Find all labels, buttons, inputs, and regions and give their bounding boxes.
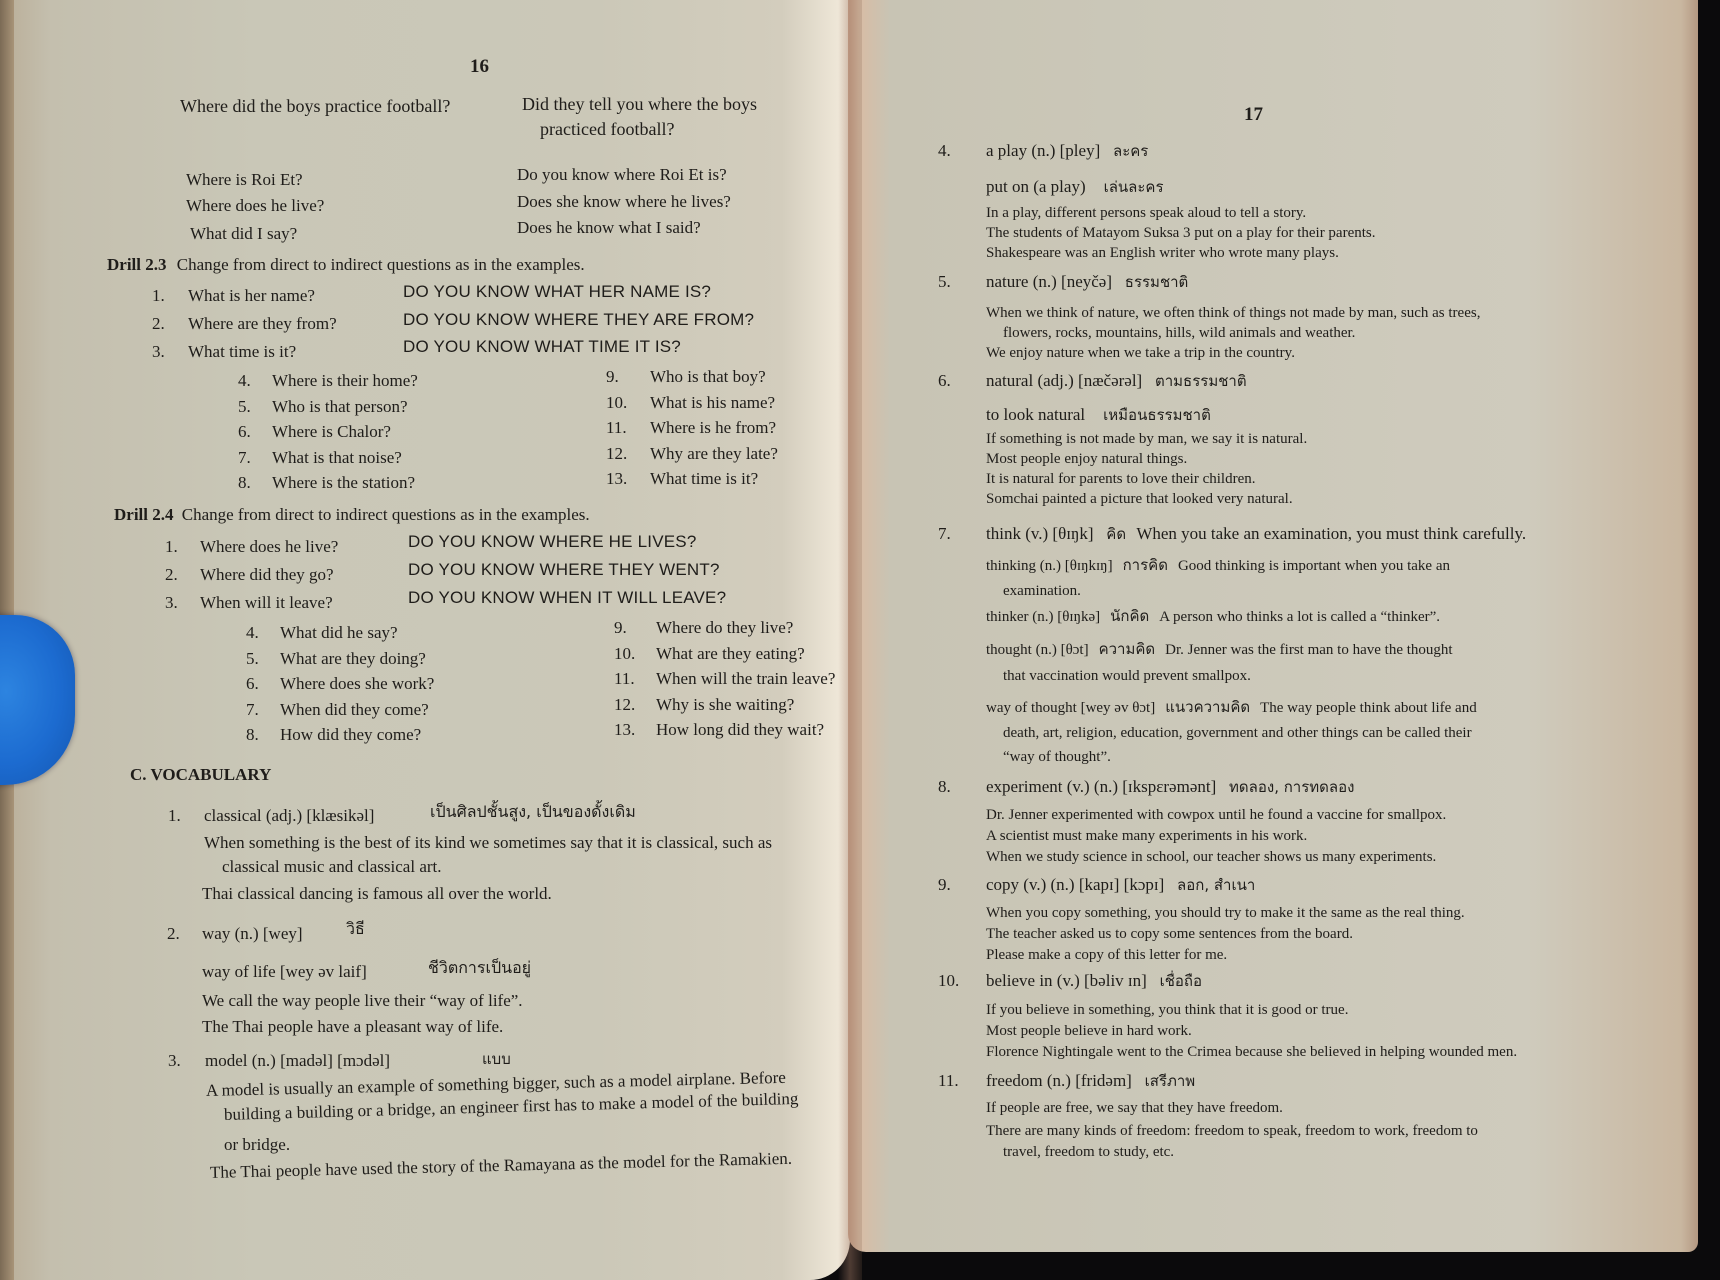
vocab-line: classical music and classical art. (222, 858, 442, 875)
vocab-thai: ตามธรรมชาติ (1150, 372, 1246, 390)
vocab-line: We call the way people live their “way o… (202, 992, 523, 1009)
drill-item-number: 10. (614, 645, 635, 662)
vocab-number: 1. (168, 807, 181, 824)
drill-item-number: 12. (606, 445, 627, 462)
vocab-number: 10. (938, 972, 959, 989)
vocab-thai: ลอก, สำเนา (1172, 876, 1255, 894)
drill-item: What is that noise? (272, 449, 402, 466)
blue-cloth (0, 615, 75, 785)
vocab-example: Dr. Jenner was the first man to have the… (1165, 642, 1452, 658)
vocab-number: 2. (167, 925, 180, 942)
example-indirect: DO YOU KNOW WHAT TIME IT IS? (403, 338, 681, 355)
vocab-thai: ละคร (1108, 142, 1148, 160)
drill-item-number: 9. (606, 368, 619, 385)
example-number: 2. (152, 315, 165, 332)
vocab-thai: เหมือนธรรมชาติ (1103, 406, 1211, 424)
vocab-thai: ทดลอง, การทดลอง (1224, 778, 1354, 796)
drill-item: Why are they late? (650, 445, 778, 462)
vocab-headword: experiment (v.) (n.) [ɪkspɛrəmənt] ทดลอง… (986, 778, 1354, 795)
page-number-left: 16 (470, 56, 489, 78)
drill-label: Drill 2.4 (114, 505, 174, 524)
vocab-number: 7. (938, 525, 951, 542)
intro-direct: Where did the boys practice football? (180, 97, 450, 115)
intro-indirect: Does she know where he lives? (517, 193, 731, 210)
example-direct: What is her name? (188, 287, 315, 304)
intro-indirect-cont: practiced football? (540, 120, 674, 138)
example-direct: Where does he live? (200, 538, 338, 555)
vocab-derived: thinking (n.) [θɪŋkɪŋ]การคิดGood thinkin… (986, 558, 1450, 574)
drill-item: What are they doing? (280, 650, 426, 667)
vocab-headword: model (n.) [madəl] [mɔdəl] (205, 1052, 390, 1069)
drill-item: Where does she work? (280, 675, 434, 692)
drill-item-number: 11. (606, 419, 627, 436)
vocab-line: Dr. Jenner experimented with cowpox unti… (986, 808, 1446, 823)
vocab-line: The teacher asked us to copy some senten… (986, 927, 1353, 942)
vocab-line: Thai classical dancing is famous all ove… (202, 885, 552, 902)
drill-item: How long did they wait? (656, 721, 824, 738)
drill-item: What did he say? (280, 624, 398, 641)
vocab-line: In a play, different persons speak aloud… (986, 206, 1306, 221)
vocab-headword: believe in (v.) [bəliv ɪn] เชื่อถือ (986, 972, 1202, 989)
vocab-derived: thought (n.) [θɔt]ความคิดDr. Jenner was … (986, 642, 1453, 658)
drill-item: Why is she waiting? (656, 696, 794, 713)
drill-item-number: 6. (246, 675, 259, 692)
example-indirect: DO YOU KNOW WHERE THEY WENT? (408, 561, 720, 578)
vocab-number: 8. (938, 778, 951, 795)
vocab-thai: การคิด (1123, 556, 1168, 574)
right-page: 17 4.a play (n.) [pley] ละครput on (a pl… (848, 0, 1698, 1252)
vocab-line: Florence Nightingale went to the Crimea … (986, 1045, 1517, 1060)
vocab-line: travel, freedom to study, etc. (1003, 1145, 1174, 1160)
drill-2-4-heading: Drill 2.4 Change from direct to indirect… (114, 506, 590, 523)
vocab-line: If you believe in something, you think t… (986, 1003, 1348, 1018)
vocab-number: 5. (938, 273, 951, 290)
vocabulary-heading: C. VOCABULARY (130, 766, 271, 783)
drill-item: Who is that boy? (650, 368, 766, 385)
example-number: 3. (152, 343, 165, 360)
drill-item-number: 12. (614, 696, 635, 713)
vocab-line: The Thai people have used the story of t… (210, 1150, 792, 1181)
drill-item: Where is he from? (650, 419, 776, 436)
vocab-thai: วิธี (346, 921, 365, 937)
drill-instruction: Change from direct to indirect questions… (177, 255, 585, 274)
vocab-line: that vaccination would prevent smallpox. (1003, 669, 1251, 684)
vocab-line: When you copy something, you should try … (986, 906, 1465, 921)
vocab-line: We enjoy nature when we take a trip in t… (986, 346, 1295, 361)
vocab-line: If people are free, we say that they hav… (986, 1101, 1283, 1116)
vocab-line: Please make a copy of this letter for me… (986, 948, 1227, 963)
vocab-line: examination. (1003, 584, 1081, 599)
vocab-thai: เป็นศิลปชั้นสูง, เป็นของดั้งเดิม (430, 804, 636, 820)
drill-item-number: 6. (238, 423, 251, 440)
vocab-thai: เล่นละคร (1104, 178, 1164, 196)
vocab-line: Shakespeare was an English writer who wr… (986, 246, 1339, 261)
vocab-number: 9. (938, 876, 951, 893)
vocab-number: 11. (938, 1072, 959, 1089)
book-gutter (838, 0, 862, 1280)
drill-item: When will the train leave? (656, 670, 835, 687)
example-direct: What time is it? (188, 343, 296, 360)
drill-item-number: 13. (614, 721, 635, 738)
vocab-line: It is natural for parents to love their … (986, 472, 1256, 487)
drill-instruction: Change from direct to indirect questions… (182, 505, 590, 524)
intro-indirect: Does he know what I said? (517, 219, 701, 236)
vocab-thai: แนวความคิด (1165, 698, 1250, 716)
vocab-line: “way of thought”. (1003, 750, 1111, 765)
vocab-thai: ธรรมชาติ (1120, 273, 1188, 291)
vocab-line: There are many kinds of freedom: freedom… (986, 1124, 1478, 1139)
vocab-headword: a play (n.) [pley] ละคร (986, 142, 1148, 159)
vocab-headword: way (n.) [wey] (202, 925, 303, 942)
intro-indirect: Did they tell you where the boys (522, 95, 757, 113)
drill-item: What is his name? (650, 394, 775, 411)
vocab-line: When we study science in school, our tea… (986, 850, 1436, 865)
vocab-sub-headword: put on (a play)เล่นละคร (986, 178, 1164, 195)
vocab-thai: แบบ (482, 1052, 511, 1067)
drill-item-number: 9. (614, 619, 627, 636)
vocab-thai: นักคิด (1110, 607, 1149, 625)
intro-direct: Where is Roi Et? (186, 171, 303, 188)
vocab-line: When something is the best of its kind w… (204, 834, 772, 851)
drill-item: Where is Chalor? (272, 423, 391, 440)
example-direct: When will it leave? (200, 594, 333, 611)
vocab-line: Most people believe in hard work. (986, 1024, 1192, 1039)
drill-item-number: 8. (246, 726, 259, 743)
drill-item-number: 5. (238, 398, 251, 415)
drill-item-number: 4. (246, 624, 259, 641)
drill-label: Drill 2.3 (107, 255, 167, 274)
vocab-example: The way people think about life and (1260, 700, 1477, 716)
vocab-number: 6. (938, 372, 951, 389)
drill-item: How did they come? (280, 726, 421, 743)
vocab-line: The Thai people have a pleasant way of l… (202, 1018, 503, 1035)
drill-item-number: 4. (238, 372, 251, 389)
vocab-example: When you take an examination, you must t… (1132, 524, 1526, 543)
vocab-headword: classical (adj.) [klæsikəl] (204, 807, 374, 824)
intro-indirect: Do you know where Roi Et is? (517, 166, 727, 183)
drill-item: What time is it? (650, 470, 758, 487)
vocab-derived: way of thought [wey əv θɔt]แนวความคิดThe… (986, 700, 1477, 716)
example-indirect: DO YOU KNOW WHERE HE LIVES? (408, 533, 696, 550)
example-indirect: DO YOU KNOW WHEN IT WILL LEAVE? (408, 589, 726, 606)
example-number: 1. (165, 538, 178, 555)
intro-direct: Where does he live? (186, 197, 324, 214)
drill-item-number: 11. (614, 670, 635, 687)
vocab-line: The students of Matayom Suksa 3 put on a… (986, 226, 1376, 241)
drill-item-number: 13. (606, 470, 627, 487)
left-page: 16 Where did the boys practice football?… (0, 0, 850, 1280)
drill-item-number: 10. (606, 394, 627, 411)
drill-item: Who is that person? (272, 398, 408, 415)
vocab-line: or bridge. (224, 1136, 290, 1153)
drill-item: Where is their home? (272, 372, 418, 389)
vocab-thai: ชีวิตการเป็นอยู่ (428, 960, 531, 976)
vocab-thai: ความคิด (1099, 640, 1156, 658)
example-number: 1. (152, 287, 165, 304)
example-direct: Where are they from? (188, 315, 337, 332)
vocab-headword: think (v.) [θɪŋk] คิด When you take an e… (986, 525, 1526, 542)
vocab-headword: freedom (n.) [fridəm] เสรีภาพ (986, 1072, 1195, 1089)
vocab-line: Somchai painted a picture that looked ve… (986, 492, 1293, 507)
vocab-sub-headword: way of life [wey əv laif] (202, 963, 367, 980)
vocab-headword: nature (n.) [neyčə] ธรรมชาติ (986, 273, 1188, 290)
vocab-sub-headword: to look naturalเหมือนธรรมชาติ (986, 406, 1211, 423)
drill-item-number: 7. (238, 449, 251, 466)
drill-2-3-heading: Drill 2.3 Change from direct to indirect… (107, 256, 585, 273)
drill-item: Where do they live? (656, 619, 793, 636)
drill-item: What are they eating? (656, 645, 805, 662)
example-indirect: DO YOU KNOW WHAT HER NAME IS? (403, 283, 711, 300)
vocab-headword: natural (adj.) [næčərəl] ตามธรรมชาติ (986, 372, 1247, 389)
vocab-thai: คิด (1102, 525, 1127, 543)
vocab-thai: เสรีภาพ (1140, 1072, 1195, 1090)
vocab-derived: thinker (n.) [θɪŋkə]นักคิดA person who t… (986, 609, 1440, 625)
vocab-example: A person who thinks a lot is called a “t… (1159, 609, 1440, 625)
vocab-line: death, art, religion, education, governm… (1003, 726, 1472, 741)
vocab-line: Most people enjoy natural things. (986, 452, 1187, 467)
drill-item-number: 5. (246, 650, 259, 667)
vocab-line: When we think of nature, we often think … (986, 306, 1480, 321)
vocab-thai: เชื่อถือ (1155, 972, 1202, 990)
example-indirect: DO YOU KNOW WHERE THEY ARE FROM? (403, 311, 754, 328)
vocab-line: A scientist must make many experiments i… (986, 829, 1307, 844)
example-direct: Where did they go? (200, 566, 334, 583)
drill-item-number: 8. (238, 474, 251, 491)
vocab-example: Good thinking is important when you take… (1178, 558, 1450, 574)
vocab-number: 3. (168, 1052, 181, 1069)
vocab-line: flowers, rocks, mountains, hills, wild a… (1003, 326, 1355, 341)
example-number: 3. (165, 594, 178, 611)
vocab-line: If something is not made by man, we say … (986, 432, 1307, 447)
page-number-right: 17 (1244, 104, 1263, 126)
intro-direct: What did I say? (190, 225, 297, 242)
drill-item-number: 7. (246, 701, 259, 718)
example-number: 2. (165, 566, 178, 583)
drill-item: When did they come? (280, 701, 429, 718)
vocab-headword: copy (v.) (n.) [kapɪ] [kɔpɪ] ลอก, สำเนา (986, 876, 1255, 893)
drill-item: Where is the station? (272, 474, 415, 491)
vocab-number: 4. (938, 142, 951, 159)
